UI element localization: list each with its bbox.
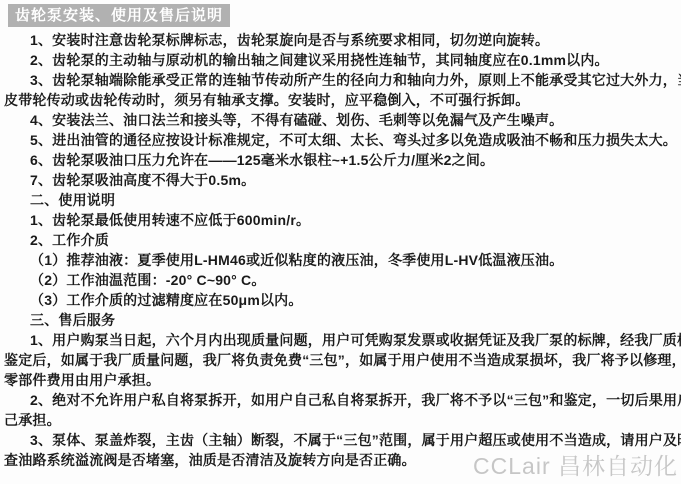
text-line: （1）推荐油液：夏季使用L-HM46或近似粘度的液压油，冬季使用L-HV低温液压… [4,250,679,270]
text-line: 1、齿轮泵最低使用转速不应低于600min/r。 [4,210,679,230]
text-line: 1、安装时注意齿轮泵标牌标志，齿轮泵旋向是否与系统要求相同，切勿逆向旋转。 [4,30,679,50]
text-line: 4、安装法兰、油口法兰和接头等，不得有磕碰、划伤、毛刺等以免漏气及产生噪声。 [4,110,679,130]
text-line: （3）工作介质的过滤精度应在50μm以内。 [4,290,679,310]
watermark: CCLair 昌林自动化 [473,448,678,481]
text-line: 鉴定后，如属于我厂质量问题，我厂将负责免费“三包”，如属于用户使用不当造成泵损坏… [4,350,679,370]
text-line: 三、售后服务 [4,310,679,330]
text-line: 2、绝对不允许用户私自将泵拆开，如用户自己私自将泵拆开，我厂将不予以“三包”和鉴… [4,390,679,410]
text-line: 5、进出油管的通径应按设计标准规定，不可太细、太长、弯头过多以免造成吸油不畅和压… [4,130,679,150]
text-line: 零部件费用由用户承担。 [4,370,679,390]
text-line: （2）工作油温范围：-20° C~90° C。 [4,270,679,290]
document-title-bar: 齿轮泵安装、使用及售后说明 [8,4,230,27]
text-line: 3、齿轮泵轴端除能承受正常的连轴节传动所产生的径向力和轴向力外，原则上不能承受其… [4,70,679,90]
page-title: 齿轮泵安装、使用及售后说明 [15,7,223,24]
text-line: 1、用户购泵当日起，六个月内出现质量问题，用户可凭购泵发票或收据凭证及我厂泵的标… [4,330,679,350]
text-line: 2、工作介质 [4,230,679,250]
text-line: 6、齿轮泵吸油口压力允许在——125毫米水银柱~+1.5公斤力/厘米2之间。 [4,150,679,170]
document-body: 1、安装时注意齿轮泵标牌标志，齿轮泵旋向是否与系统要求相同，切勿逆向旋转。2、齿… [4,30,679,470]
text-line: 皮带轮传动或齿轮传动时，须另有轴承支撑。安装时，应平稳倒入，不可强行拆卸。 [4,90,679,110]
text-line: 二、使用说明 [4,190,679,210]
text-line: 7、齿轮泵吸油高度不得大于0.5m。 [4,170,679,190]
text-line: 3、泵体、泵盖炸裂，主齿（主轴）断裂，不属于“三包”范围，属于用户超压或使用不当… [4,430,679,450]
text-line: 2、齿轮泵的主动轴与原动机的输出轴之间建议采用挠性连轴节，其同轴度应在0.1mm… [4,50,679,70]
document-page: 齿轮泵安装、使用及售后说明 1、安装时注意齿轮泵标牌标志，齿轮泵旋向是否与系统要… [0,0,681,484]
text-line: 己承担。 [4,410,679,430]
